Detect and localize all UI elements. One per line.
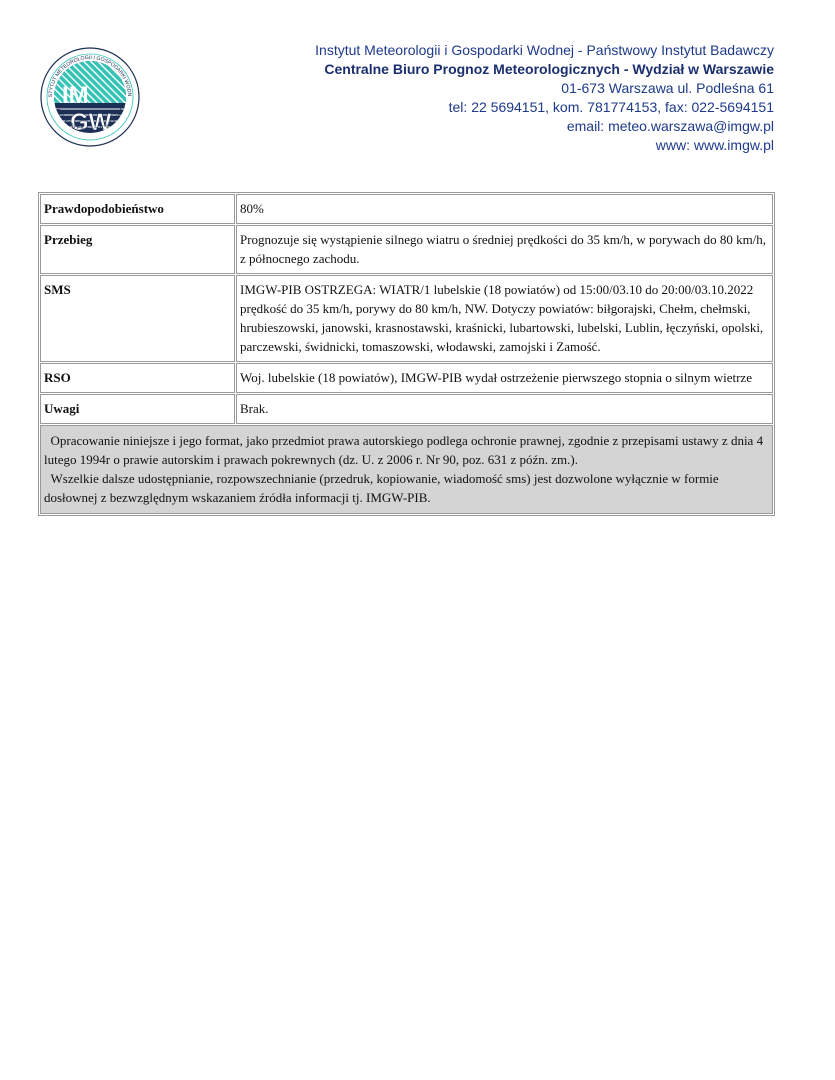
copyright-text-2: Wszelkie dalsze udostępnianie, rozpowsze… (44, 471, 719, 505)
table-row: RSO Woj. lubelskie (18 powiatów), IMGW-P… (40, 363, 773, 393)
warning-table: Prawdopodobieństwo 80% Przebieg Prognozu… (38, 192, 775, 516)
department-name: Centralne Biuro Prognoz Meteorologicznyc… (315, 60, 774, 79)
row-value-sms: IMGW-PIB OSTRZEGA: WIATR/1 lubelskie (18… (236, 275, 773, 362)
institution-header: Instytut Meteorologii i Gospodarki Wodne… (315, 41, 774, 155)
imgw-logo-icon: IM GW INSTYTUT METEOROLOGII I GOSPODARKI… (40, 47, 140, 147)
address: 01-673 Warszawa ul. Podleśna 61 (315, 79, 774, 98)
row-value-probability: 80% (236, 194, 773, 224)
table-footer-row: Opracowanie niniejsze i jego format, jak… (40, 425, 773, 514)
copyright-line-2: Wszelkie dalsze udostępnianie, rozpowsze… (44, 469, 769, 507)
email[interactable]: email: meteo.warszawa@imgw.pl (315, 117, 774, 136)
copyright-notice: Opracowanie niniejsze i jego format, jak… (40, 425, 773, 514)
row-value-rso: Woj. lubelskie (18 powiatów), IMGW-PIB w… (236, 363, 773, 393)
copyright-text-1: Opracowanie niniejsze i jego format, jak… (44, 433, 763, 467)
row-label-course: Przebieg (40, 225, 235, 274)
copyright-line-1: Opracowanie niniejsze i jego format, jak… (44, 431, 769, 469)
row-label-rso: RSO (40, 363, 235, 393)
institute-name: Instytut Meteorologii i Gospodarki Wodne… (315, 41, 774, 60)
imgw-logo: IM GW INSTYTUT METEOROLOGII I GOSPODARKI… (40, 47, 140, 147)
row-label-remarks: Uwagi (40, 394, 235, 424)
table-row: SMS IMGW-PIB OSTRZEGA: WIATR/1 lubelskie… (40, 275, 773, 362)
table-row: Uwagi Brak. (40, 394, 773, 424)
phone-numbers: tel: 22 5694151, kom. 781774153, fax: 02… (315, 98, 774, 117)
svg-text:IM: IM (62, 82, 89, 109)
row-value-course: Prognozuje się wystąpienie silnego wiatr… (236, 225, 773, 274)
row-value-remarks: Brak. (236, 394, 773, 424)
table-row: Przebieg Prognozuje się wystąpienie siln… (40, 225, 773, 274)
website[interactable]: www: www.imgw.pl (315, 136, 774, 155)
table-row: Prawdopodobieństwo 80% (40, 194, 773, 224)
row-label-sms: SMS (40, 275, 235, 362)
row-label-probability: Prawdopodobieństwo (40, 194, 235, 224)
